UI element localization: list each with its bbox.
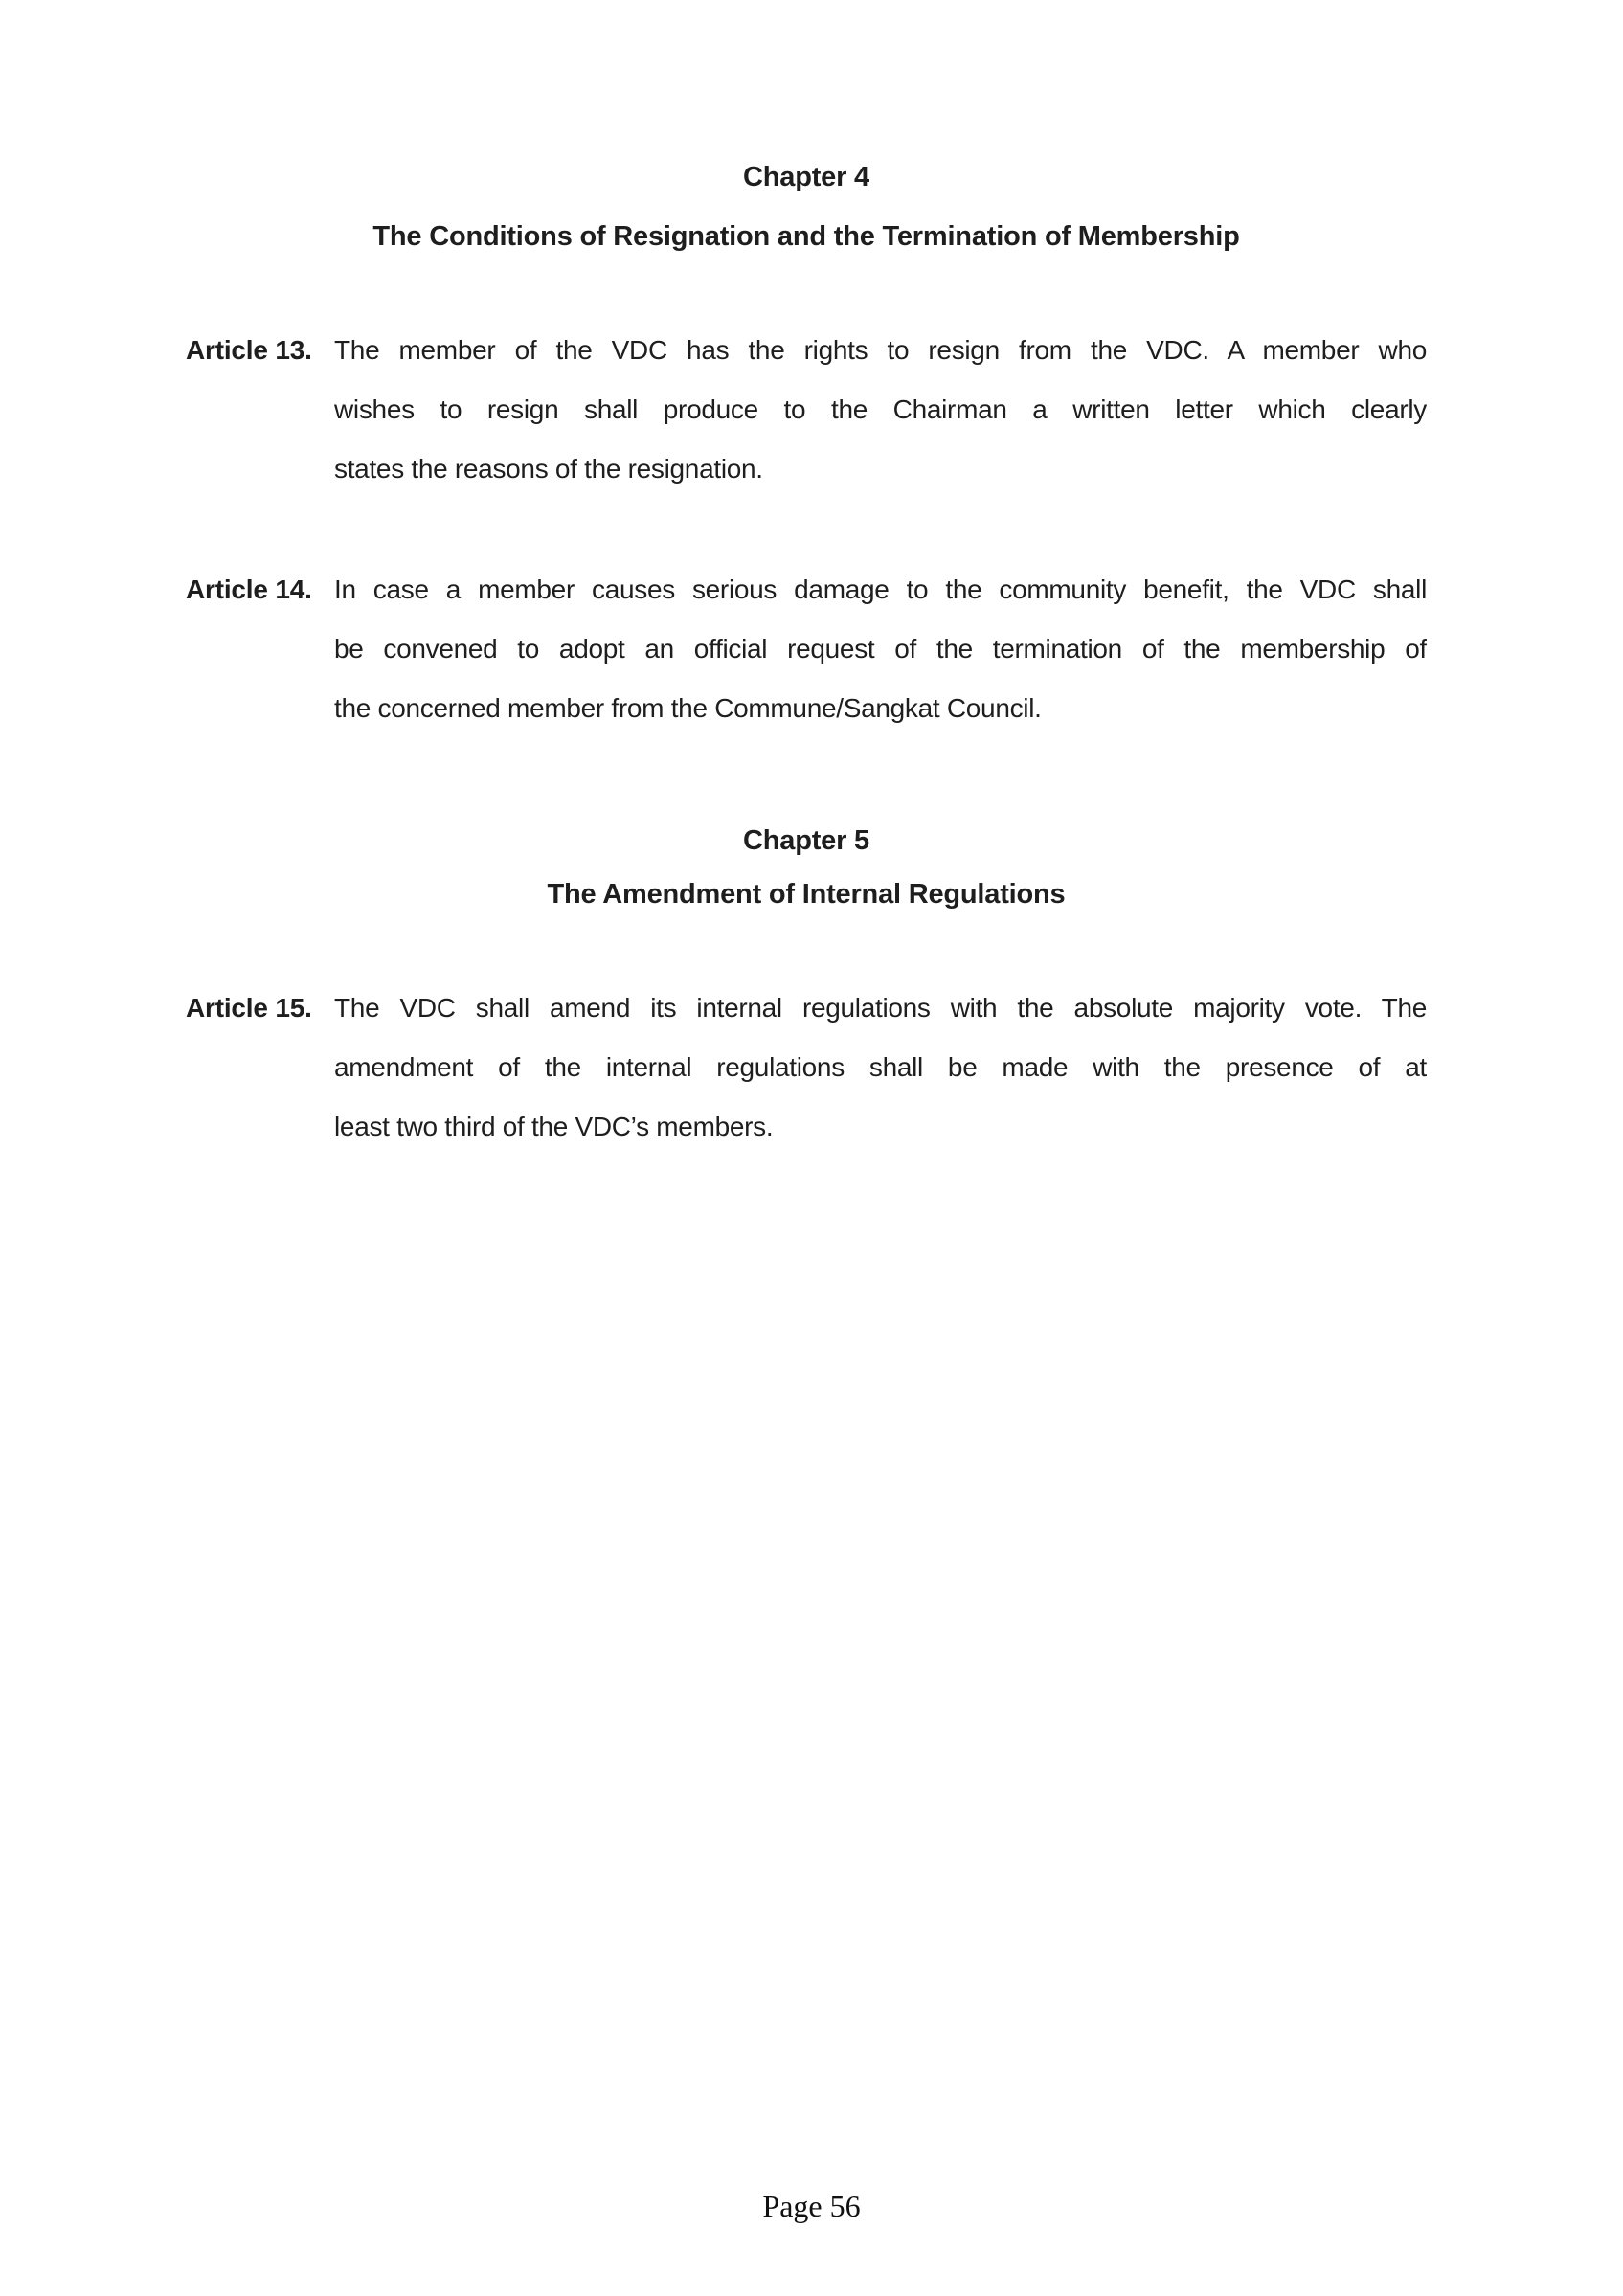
article-13-label: Article 13. (186, 321, 312, 380)
article-15-line-1: The VDC shall amend its internal regulat… (334, 979, 1427, 1038)
article-13-body: The member of the VDC has the rights to … (334, 321, 1427, 499)
article-14-body: In case a member causes serious damage t… (334, 560, 1427, 738)
chapter-5-heading: Chapter 5 (184, 823, 1429, 858)
article-15-line-3: least two third of the VDC’s members. (334, 1097, 1427, 1157)
article-15-line-2: amendment of the internal regulations sh… (334, 1038, 1427, 1097)
article-13-line-3: states the reasons of the resignation. (334, 439, 1427, 499)
article-14-line-3: the concerned member from the Commune/Sa… (334, 679, 1427, 738)
article-14-line-2: be convened to adopt an official request… (334, 619, 1427, 679)
chapter-5-title: The Amendment of Internal Regulations (184, 877, 1429, 912)
page-number: Page 56 (0, 2187, 1623, 2225)
article-13-line-2: wishes to resign shall produce to the Ch… (334, 380, 1427, 439)
article-13-line-1: The member of the VDC has the rights to … (334, 321, 1427, 380)
article-15-body: The VDC shall amend its internal regulat… (334, 979, 1427, 1157)
chapter-4-heading: Chapter 4 (184, 160, 1429, 194)
chapter-4-title: The Conditions of Resignation and the Te… (184, 219, 1429, 254)
document-page: Chapter 4 The Conditions of Resignation … (0, 0, 1623, 2296)
article-15-label: Article 15. (186, 979, 312, 1038)
article-14-label: Article 14. (186, 560, 312, 619)
article-14-line-1: In case a member causes serious damage t… (334, 560, 1427, 619)
